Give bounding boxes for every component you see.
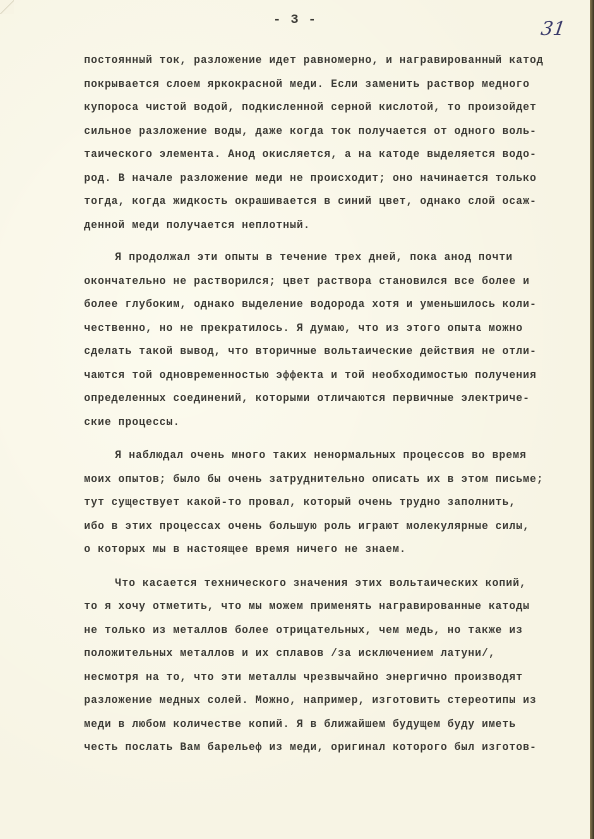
- paragraph: Что касается технического значения этих …: [84, 573, 554, 761]
- text-line: определенных соединений, которыми отлича…: [84, 388, 554, 412]
- text-line: чественно, но не прекратилось. Я думаю, …: [84, 318, 554, 342]
- text-line: ские процессы.: [84, 412, 554, 436]
- document-page: - 3 - 31 постоянный ток, разложение идет…: [0, 0, 590, 839]
- text-line: то я хочу отметить, что мы можем применя…: [84, 596, 554, 620]
- text-line: честь послать Вам барельеф из меди, ориг…: [84, 737, 554, 761]
- text-line: не только из металлов более отрицательны…: [84, 620, 554, 644]
- scan-edge-border: [590, 0, 594, 839]
- text-line: род. В начале разложение меди не происхо…: [84, 168, 554, 192]
- text-line: сильное разложение воды, даже когда ток …: [84, 121, 554, 145]
- paragraph: Я продолжал эти опыты в течение трех дне…: [84, 247, 554, 435]
- text-line: постоянный ток, разложение идет равномер…: [84, 50, 554, 74]
- text-line: покрывается слоем яркокрасной меди. Если…: [84, 74, 554, 98]
- text-line: тогда, когда жидкость окрашивается в син…: [84, 191, 554, 215]
- text-line: моих опытов; было бы очень затруднительн…: [84, 469, 554, 493]
- text-line: о которых мы в настоящее время ничего не…: [84, 539, 554, 563]
- text-line: чаются той одновременностью эффекта и то…: [84, 365, 554, 389]
- typewritten-body: постоянный ток, разложение идет равномер…: [84, 50, 554, 771]
- text-line: более глубоким, однако выделение водород…: [84, 294, 554, 318]
- text-line: меди в любом количестве копий. Я в ближа…: [84, 714, 554, 738]
- text-line: Я продолжал эти опыты в течение трех дне…: [84, 247, 554, 271]
- handwritten-folio-number: 31: [539, 18, 566, 40]
- text-line: купороса чистой водой, подкисленной серн…: [84, 97, 554, 121]
- text-line: ибо в этих процессах очень большую роль …: [84, 516, 554, 540]
- text-line: Что касается технического значения этих …: [84, 573, 554, 597]
- text-line: сделать такой вывод, что вторичные вольт…: [84, 341, 554, 365]
- text-line: разложение медных солей. Можно, например…: [84, 690, 554, 714]
- text-line: несмотря на то, что эти металлы чрезвыча…: [84, 667, 554, 691]
- text-line: таического элемента. Анод окисляется, а …: [84, 144, 554, 168]
- page-number: - 3 -: [0, 12, 590, 27]
- text-line: тут существует какой-то провал, который …: [84, 492, 554, 516]
- paragraph: постоянный ток, разложение идет равномер…: [84, 50, 554, 238]
- text-line: окончательно не растворился; цвет раство…: [84, 271, 554, 295]
- text-line: положительных металлов и их сплавов /за …: [84, 643, 554, 667]
- paragraph: Я наблюдал очень много таких ненормальны…: [84, 445, 554, 563]
- text-line: Я наблюдал очень много таких ненормальны…: [84, 445, 554, 469]
- text-line: денной меди получается неплотный.: [84, 215, 554, 239]
